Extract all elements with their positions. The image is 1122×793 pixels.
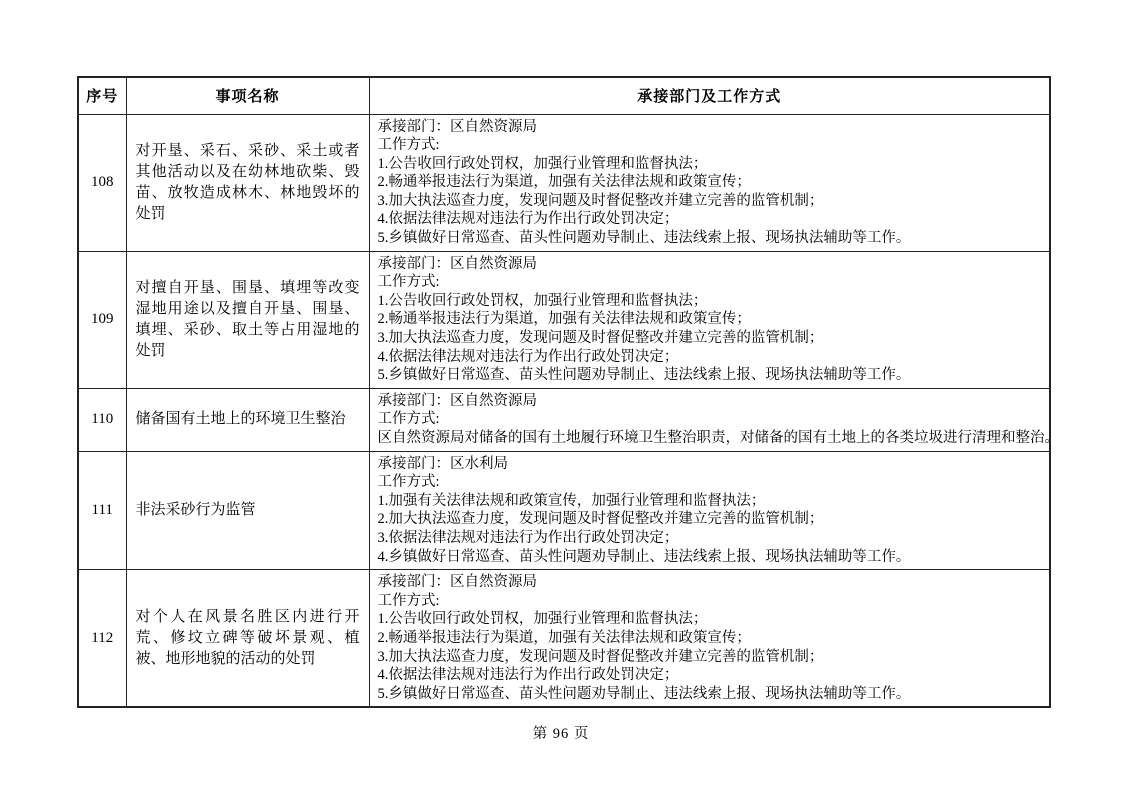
detail-line: 4.乡镇做好日常巡查、苗头性问题劝导制止、违法线索上报、现场执法辅助等工作。 (378, 548, 1042, 567)
detail-line: 承接部门：区自然资源局 (378, 573, 1042, 592)
item-name: 对个人在风景名胜区内进行开荒、修坟立碑等破坏景观、植被、地形地貌的活动的处罚 (126, 570, 369, 708)
detail-line: 2.畅通举报违法行为渠道，加强有关法律法规和政策宣传； (378, 173, 1042, 192)
table-row: 109 对擅自开垦、围垦、填埋等改变湿地用途以及擅自开垦、围垦、填埋、采砂、取土… (78, 251, 1050, 388)
detail-line: 承接部门：区自然资源局 (378, 255, 1042, 274)
item-detail: 承接部门：区自然资源局工作方式:1.公告收回行政处罚权，加强行业管理和监督执法；… (369, 251, 1050, 388)
detail-line: 2.畅通举报违法行为渠道，加强有关法律法规和政策宣传； (378, 629, 1042, 648)
column-header-department-method: 承接部门及工作方式 (369, 77, 1050, 114)
detail-line: 1.公告收回行政处罚权，加强行业管理和监督执法； (378, 610, 1042, 629)
detail-line: 3.加大执法巡查力度，发现问题及时督促整改并建立完善的监管机制； (378, 192, 1042, 211)
item-name: 对开垦、采石、采砂、采土或者其他活动以及在幼林地砍柴、毁苗、放牧造成林木、林地毁… (126, 114, 369, 251)
table-body: 108 对开垦、采石、采砂、采土或者其他活动以及在幼林地砍柴、毁苗、放牧造成林木… (78, 114, 1050, 707)
detail-line: 5.乡镇做好日常巡查、苗头性问题劝导制止、违法线索上报、现场执法辅助等工作。 (378, 366, 1042, 385)
table-header-row: 序号 事项名称 承接部门及工作方式 (78, 77, 1050, 114)
item-name: 对擅自开垦、围垦、填埋等改变湿地用途以及擅自开垦、围垦、填埋、采砂、取土等占用湿… (126, 251, 369, 388)
transfer-items-table: 序号 事项名称 承接部门及工作方式 108 对开垦、采石、采砂、采土或者其他活动… (77, 76, 1051, 708)
page-number: 第 96 页 (0, 722, 1122, 743)
table-row: 112 对个人在风景名胜区内进行开荒、修坟立碑等破坏景观、植被、地形地貌的活动的… (78, 570, 1050, 708)
item-detail: 承接部门：区水利局工作方式:1.加强有关法律法规和政策宣传，加强行业管理和监督执… (369, 451, 1050, 570)
item-detail: 承接部门：区自然资源局工作方式:1.公告收回行政处罚权，加强行业管理和监督执法；… (369, 114, 1050, 251)
detail-line: 1.公告收回行政处罚权，加强行业管理和监督执法； (378, 292, 1042, 311)
detail-line: 2.加大执法巡查力度，发现问题及时督促整改并建立完善的监管机制； (378, 510, 1042, 529)
column-header-item-name: 事项名称 (126, 77, 369, 114)
row-index: 112 (78, 570, 126, 708)
row-index: 108 (78, 114, 126, 251)
detail-line: 工作方式: (378, 473, 1042, 492)
detail-line: 区自然资源局对储备的国有土地履行环境卫生整治职责，对储备的国有土地上的各类垃圾进… (378, 429, 1042, 448)
table-row: 108 对开垦、采石、采砂、采土或者其他活动以及在幼林地砍柴、毁苗、放牧造成林木… (78, 114, 1050, 251)
detail-line: 工作方式: (378, 273, 1042, 292)
detail-line: 1.加强有关法律法规和政策宣传，加强行业管理和监督执法； (378, 492, 1042, 511)
table-row: 111 非法采砂行为监管 承接部门：区水利局工作方式:1.加强有关法律法规和政策… (78, 451, 1050, 570)
document-page: 序号 事项名称 承接部门及工作方式 108 对开垦、采石、采砂、采土或者其他活动… (0, 0, 1122, 793)
detail-line: 承接部门：区自然资源局 (378, 392, 1042, 411)
detail-line: 5.乡镇做好日常巡查、苗头性问题劝导制止、违法线索上报、现场执法辅助等工作。 (378, 685, 1042, 704)
item-detail: 承接部门：区自然资源局工作方式:区自然资源局对储备的国有土地履行环境卫生整治职责… (369, 388, 1050, 451)
detail-line: 工作方式: (378, 136, 1042, 155)
detail-line: 3.加大执法巡查力度，发现问题及时督促整改并建立完善的监管机制； (378, 329, 1042, 348)
detail-line: 2.畅通举报违法行为渠道，加强有关法律法规和政策宣传； (378, 310, 1042, 329)
detail-line: 4.依据法律法规对违法行为作出行政处罚决定； (378, 210, 1042, 229)
row-index: 111 (78, 451, 126, 570)
detail-line: 1.公告收回行政处罚权，加强行业管理和监督执法； (378, 155, 1042, 174)
row-index: 110 (78, 388, 126, 451)
detail-line: 4.依据法律法规对违法行为作出行政处罚决定； (378, 348, 1042, 367)
item-name: 非法采砂行为监管 (126, 451, 369, 570)
detail-line: 5.乡镇做好日常巡查、苗头性问题劝导制止、违法线索上报、现场执法辅助等工作。 (378, 229, 1042, 248)
table-row: 110 储备国有土地上的环境卫生整治 承接部门：区自然资源局工作方式:区自然资源… (78, 388, 1050, 451)
column-header-index: 序号 (78, 77, 126, 114)
detail-line: 承接部门：区水利局 (378, 455, 1042, 474)
detail-line: 承接部门：区自然资源局 (378, 118, 1042, 137)
detail-line: 4.依据法律法规对违法行为作出行政处罚决定； (378, 666, 1042, 685)
detail-line: 工作方式: (378, 410, 1042, 429)
item-detail: 承接部门：区自然资源局工作方式:1.公告收回行政处罚权，加强行业管理和监督执法；… (369, 570, 1050, 708)
row-index: 109 (78, 251, 126, 388)
item-name: 储备国有土地上的环境卫生整治 (126, 388, 369, 451)
detail-line: 工作方式: (378, 592, 1042, 611)
detail-line: 3.加大执法巡查力度，发现问题及时督促整改并建立完善的监管机制； (378, 648, 1042, 667)
detail-line: 3.依据法律法规对违法行为作出行政处罚决定； (378, 529, 1042, 548)
